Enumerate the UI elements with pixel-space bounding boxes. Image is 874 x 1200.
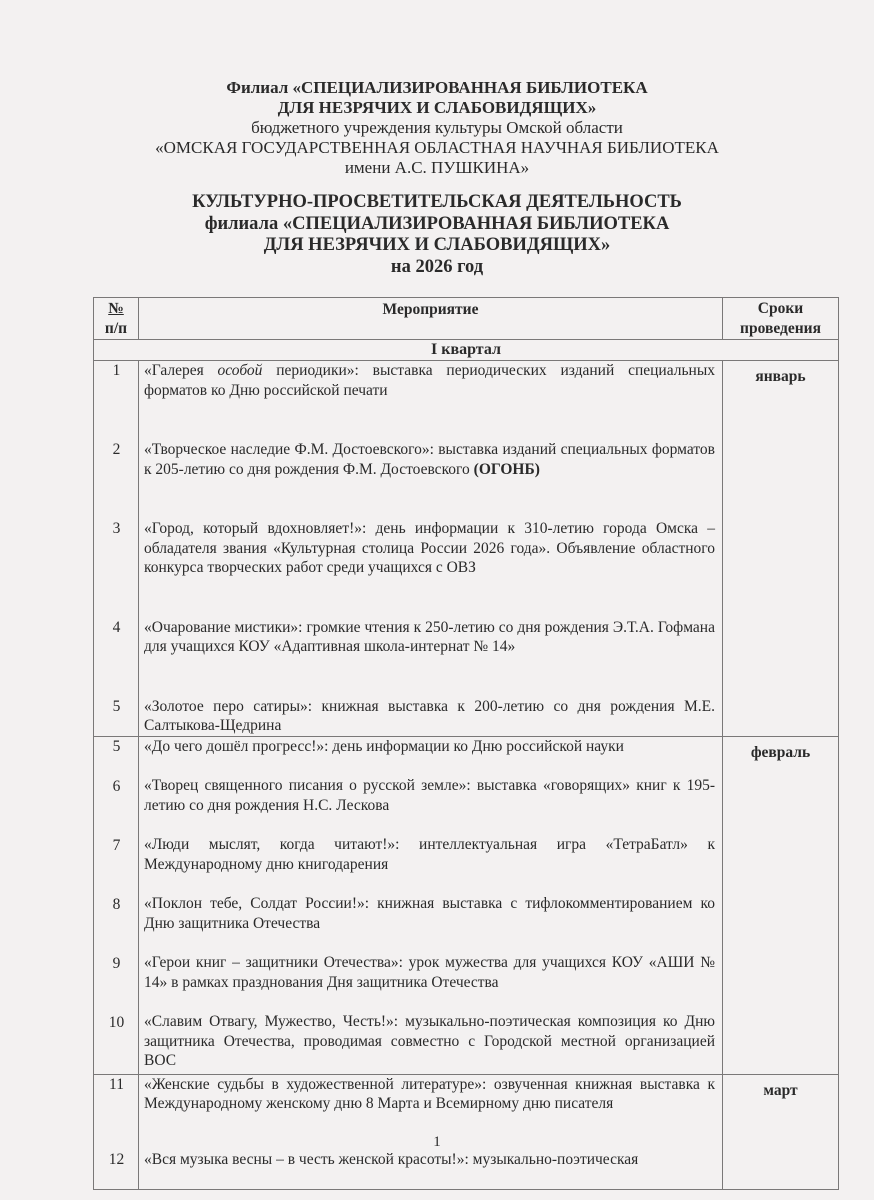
page-number: 1: [0, 1134, 874, 1151]
event-item: «Творческое наследие Ф.М. Достоевского»:…: [144, 440, 715, 479]
item-numbers-cell: 1112: [94, 1074, 139, 1189]
event-text: «Золотое перо сатиры»: книжная выставка …: [144, 698, 715, 735]
quarter-row: I квартал: [94, 340, 839, 361]
num-sign: №: [94, 299, 138, 319]
item-descriptions-cell: «До чего дошёл прогресс!»: день информац…: [139, 736, 723, 1074]
document-page: Филиал «СПЕЦИАЛИЗИРОВАННАЯ БИБЛИОТЕКА ДЛ…: [0, 0, 874, 1200]
event-item: «До чего дошёл прогресс!»: день информац…: [144, 737, 715, 757]
month-cell: январь: [723, 361, 839, 737]
event-item: «Золотое перо сатиры»: книжная выставка …: [144, 697, 715, 736]
event-text-emphasis: особой: [218, 362, 263, 379]
event-text: «Творческое наследие Ф.М. Достоевского»:…: [144, 441, 715, 478]
org-line-2: ДЛЯ НЕЗРЯЧИХ И СЛАБОВИДЯЩИХ»: [0, 98, 874, 118]
event-number: 6: [94, 777, 139, 797]
title-line-4: на 2026 год: [0, 257, 874, 279]
event-item: «Люди мыслят, когда читают!»: интеллекту…: [144, 835, 715, 874]
org-line-4: «ОМСКАЯ ГОСУДАРСТВЕННАЯ ОБЛАСТНАЯ НАУЧНА…: [0, 138, 874, 158]
month-cell: февраль: [723, 736, 839, 1074]
event-number: 5: [94, 737, 139, 757]
column-header-dates: Сроки проведения: [723, 298, 839, 340]
event-number: 9: [94, 954, 139, 974]
month-group-row: 5678910«До чего дошёл прогресс!»: день и…: [94, 736, 839, 1074]
event-text-prefix: «Галерея: [144, 362, 218, 379]
item-numbers-cell: 12345: [94, 361, 139, 737]
month-group-row: 1112«Женские судьбы в художественной лит…: [94, 1074, 839, 1189]
event-number: 1: [94, 361, 139, 381]
event-number: 7: [94, 836, 139, 856]
month-cell: март: [723, 1074, 839, 1189]
event-number: 10: [94, 1013, 139, 1033]
org-line-3: бюджетного учреждения культуры Омской об…: [0, 118, 874, 138]
event-text: «Поклон тебе, Солдат России!»: книжная в…: [144, 895, 715, 932]
event-text: «Творец священного писания о русской зем…: [144, 777, 715, 814]
organization-header: Филиал «СПЕЦИАЛИЗИРОВАННАЯ БИБЛИОТЕКА ДЛ…: [0, 78, 874, 178]
events-table: № п/п Мероприятие Сроки проведения I ква…: [93, 297, 839, 1190]
event-text: «Славим Отвагу, Мужество, Честь!»: музык…: [144, 1013, 715, 1069]
org-line-5: имени А.С. ПУШКИНА»: [0, 158, 874, 178]
title-line-2: филиала «СПЕЦИАЛИЗИРОВАННАЯ БИБЛИОТЕКА: [0, 214, 874, 236]
event-text: «Люди мыслят, когда читают!»: интеллекту…: [144, 836, 715, 873]
event-text: «До чего дошёл прогресс!»: день информац…: [144, 738, 624, 755]
event-item: «Герои книг – защитники Отечества»: урок…: [144, 953, 715, 992]
event-text: «Женские судьбы в художественной литерат…: [144, 1076, 715, 1113]
event-number: 8: [94, 895, 139, 915]
item-descriptions-cell: «Женские судьбы в художественной литерат…: [139, 1074, 723, 1189]
event-number: 12: [94, 1150, 139, 1170]
event-item: «Вся музыка весны – в честь женской крас…: [144, 1150, 715, 1170]
event-item: «Поклон тебе, Солдат России!»: книжная в…: [144, 894, 715, 933]
dates-label-1: Сроки: [723, 299, 838, 319]
table-header-row: № п/п Мероприятие Сроки проведения: [94, 298, 839, 340]
event-item: «Очарование мистики»: громкие чтения к 2…: [144, 618, 715, 657]
event-text: «Город, который вдохновляет!»: день инфо…: [144, 520, 715, 576]
event-text: «Вся музыка весны – в честь женской крас…: [144, 1151, 638, 1168]
num-label: п/п: [94, 319, 138, 339]
dates-label-2: проведения: [723, 319, 838, 339]
event-item: «Славим Отвагу, Мужество, Честь!»: музык…: [144, 1012, 715, 1071]
event-number: 2: [94, 440, 139, 460]
title-line-1: КУЛЬТУРНО-ПРОСВЕТИТЕЛЬСКАЯ ДЕЯТЕЛЬНОСТЬ: [0, 192, 874, 214]
event-item: «Женские судьбы в художественной литерат…: [144, 1075, 715, 1114]
document-title: КУЛЬТУРНО-ПРОСВЕТИТЕЛЬСКАЯ ДЕЯТЕЛЬНОСТЬ …: [0, 192, 874, 278]
event-number: 4: [94, 618, 139, 638]
item-descriptions-cell: «Галерея особой периодики»: выставка пер…: [139, 361, 723, 737]
event-text: «Очарование мистики»: громкие чтения к 2…: [144, 619, 715, 656]
event-item: «Творец священного писания о русской зем…: [144, 776, 715, 815]
column-header-number: № п/п: [94, 298, 139, 340]
month-group-row: 12345«Галерея особой периодики»: выставк…: [94, 361, 839, 737]
event-number: 3: [94, 519, 139, 539]
event-item: «Галерея особой периодики»: выставка пер…: [144, 361, 715, 400]
title-line-3: ДЛЯ НЕЗРЯЧИХ И СЛАБОВИДЯЩИХ»: [0, 235, 874, 257]
event-item: «Город, который вдохновляет!»: день инфо…: [144, 519, 715, 578]
quarter-label: I квартал: [94, 340, 839, 361]
column-header-event: Мероприятие: [139, 298, 723, 340]
event-organizer-tag: (ОГОНБ): [474, 461, 540, 478]
event-text: «Герои книг – защитники Отечества»: урок…: [144, 954, 715, 991]
event-number: 5: [94, 697, 139, 717]
item-numbers-cell: 5678910: [94, 736, 139, 1074]
org-line-1: Филиал «СПЕЦИАЛИЗИРОВАННАЯ БИБЛИОТЕКА: [0, 78, 874, 98]
event-number: 11: [94, 1075, 139, 1095]
